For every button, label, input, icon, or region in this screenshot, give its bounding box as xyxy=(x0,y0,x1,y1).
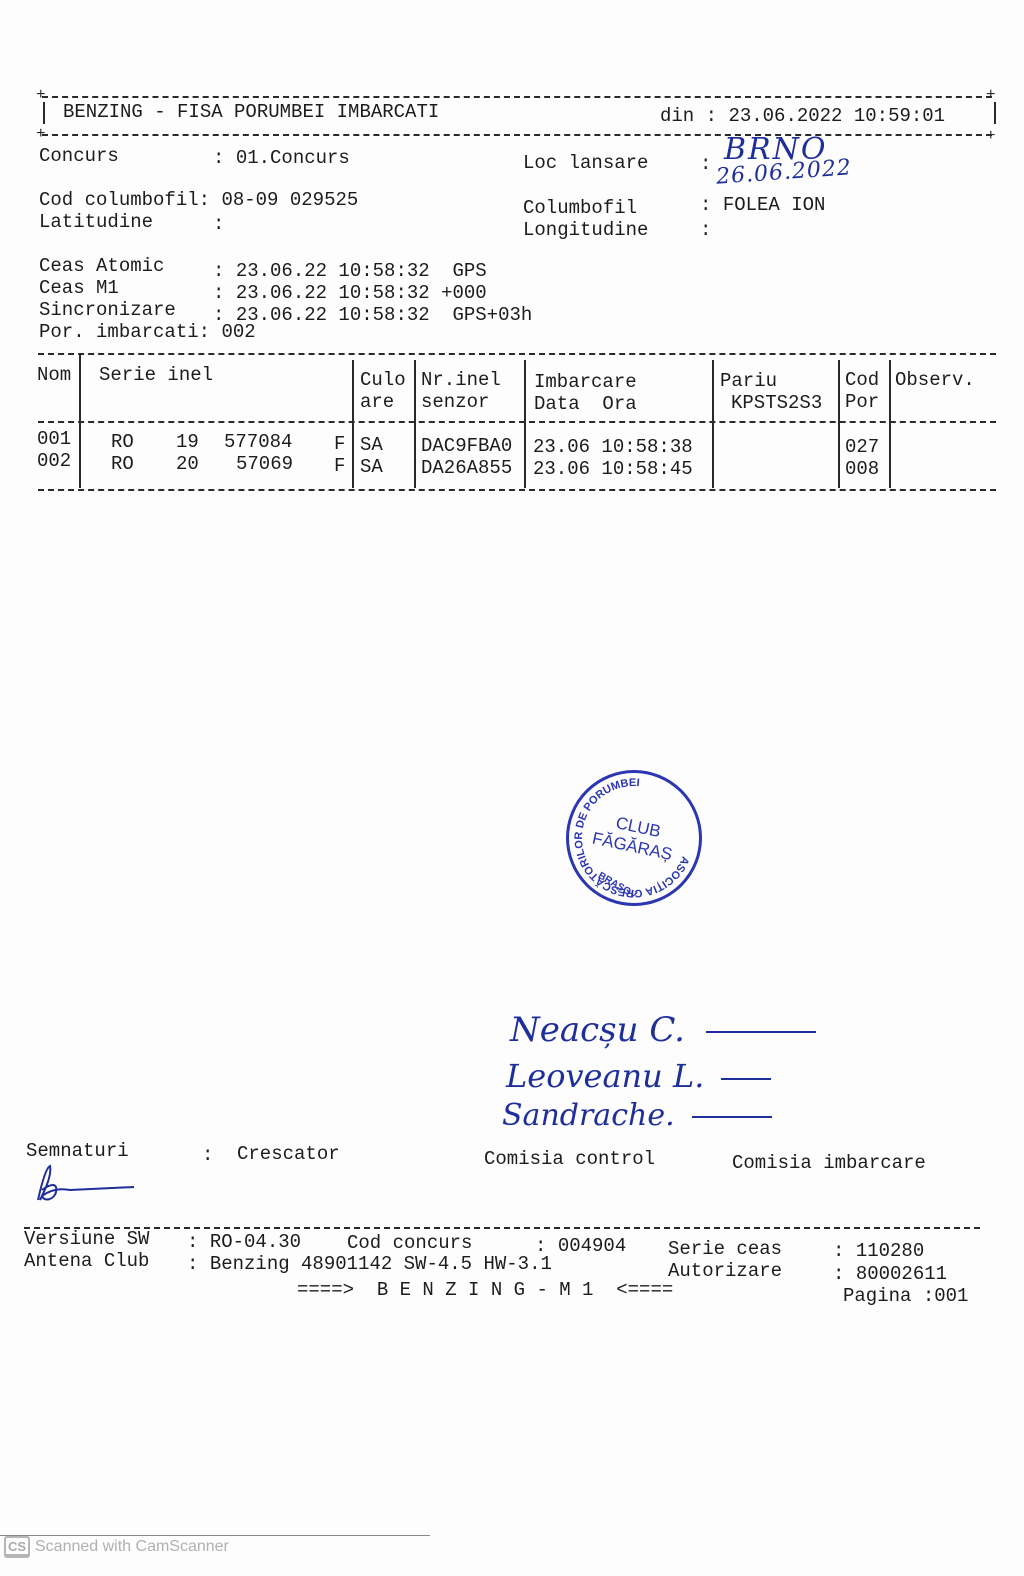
th-cod-1: Cod xyxy=(845,369,879,391)
camscanner-logo-icon: CS xyxy=(4,1536,30,1558)
th-imbarcare-1: Imbarcare xyxy=(534,371,637,393)
cell-country: RO xyxy=(111,431,134,453)
cell-imbarcare: 23.06 10:58:45 xyxy=(533,458,693,480)
cell-cod-por: 008 xyxy=(845,458,879,480)
semnaturi-colon: : xyxy=(202,1144,213,1166)
th-serie-inel: Serie inel xyxy=(99,364,213,386)
autorizare-value: : 80002611 xyxy=(833,1263,947,1285)
semnaturi-label: Semnaturi xyxy=(26,1140,129,1162)
versiune-value: : RO-04.30 xyxy=(187,1231,301,1253)
clock-atomic-label: Ceas Atomic xyxy=(39,255,164,277)
cell-nom: 002 xyxy=(37,450,71,472)
columbofil-label: Columbofil xyxy=(523,197,637,219)
signature-flourish xyxy=(692,1116,772,1118)
latitudine-label: Latitudine xyxy=(39,211,153,233)
cell-sex: F xyxy=(334,433,345,455)
table-header-separator xyxy=(38,421,996,423)
th-nr-inel-1: Nr.inel xyxy=(421,369,501,391)
th-nom: Nom xyxy=(37,364,71,386)
clock-atomic-value: : 23.06.22 10:58:32 GPS xyxy=(213,260,487,282)
antena-label: Antena Club xyxy=(24,1250,149,1272)
serie-ceas-label: Serie ceas xyxy=(668,1238,782,1260)
cell-year: 20 xyxy=(176,453,199,475)
cod-columbofil-label: Cod columbofil: 08-09 029525 xyxy=(39,189,358,211)
svg-text:BRAȘOV: BRAȘOV xyxy=(596,870,639,901)
th-observ: Observ. xyxy=(895,369,975,391)
col-sep xyxy=(414,360,416,488)
cell-imbarcare: 23.06 10:58:38 xyxy=(533,436,693,458)
concurs-value: : 01.Concurs xyxy=(213,147,350,169)
loc-lansare-colon: : xyxy=(700,153,711,175)
th-culoare-1: Culo xyxy=(360,369,406,391)
signature-flourish xyxy=(706,1031,816,1033)
signature-committee-1: Neacșu C. xyxy=(510,1010,816,1050)
header-left-border xyxy=(43,102,45,124)
camscanner-text: Scanned with CamScanner xyxy=(35,1538,229,1556)
latitudine-value: : xyxy=(213,213,236,235)
th-cod-2: Por xyxy=(845,391,879,413)
stamp-ring-text: ASOCIȚIA CRESCĂTORILOR DE PORUMBEI CLUB … xyxy=(566,770,702,906)
cod-concurs-label: Cod concurs xyxy=(347,1232,472,1254)
th-culoare-2: are xyxy=(360,391,394,413)
corner: + xyxy=(36,87,46,103)
camscanner-watermark: CS Scanned with CamScanner xyxy=(4,1536,229,1558)
signature-flourish xyxy=(721,1078,771,1080)
concurs-label: Concurs xyxy=(39,145,119,167)
header-bottom-border xyxy=(42,134,992,136)
th-nr-inel-2: senzor xyxy=(421,391,489,413)
longitudine-label: Longitudine xyxy=(523,219,648,241)
page-number: Pagina :001 xyxy=(843,1285,968,1307)
cell-cod-por: 027 xyxy=(845,436,879,458)
cell-sex: F xyxy=(334,455,345,477)
corner: + xyxy=(986,128,996,144)
cell-year: 19 xyxy=(176,431,199,453)
th-pariu-2: KPSTS2S3 xyxy=(731,392,822,414)
crescator-signature xyxy=(30,1162,140,1206)
col-sep xyxy=(79,355,81,488)
th-pariu-1: Pariu xyxy=(720,370,777,392)
loc-lansare-label: Loc lansare xyxy=(523,152,648,174)
autorizare-label: Autorizare xyxy=(668,1260,782,1282)
col-sep xyxy=(838,360,840,488)
benzing-banner: ====> B E N Z I N G - M 1 <==== xyxy=(297,1279,673,1301)
por-imbarcati: Por. imbarcati: 002 xyxy=(39,321,256,343)
antena-value: : Benzing 48901142 SW-4.5 HW-3.1 xyxy=(187,1253,552,1275)
footer-separator xyxy=(24,1227,980,1229)
signature-committee-2: Leoveanu L. xyxy=(506,1057,771,1095)
cell-ring: 57069 xyxy=(236,453,293,475)
comisia-control-label: Comisia control xyxy=(484,1148,655,1170)
table-bottom-border xyxy=(38,489,996,491)
corner: + xyxy=(986,87,996,103)
crescator-label: Crescator xyxy=(237,1143,340,1165)
versiune-label: Versiune SW xyxy=(24,1228,149,1250)
col-sep xyxy=(524,360,526,488)
clock-m1-label: Ceas M1 xyxy=(39,277,119,299)
cell-country: RO xyxy=(111,453,134,475)
col-sep xyxy=(712,360,714,488)
corner: + xyxy=(36,126,46,142)
cell-ring: 577084 xyxy=(224,431,292,453)
col-sep xyxy=(889,360,891,488)
club-stamp: ASOCIȚIA CRESCĂTORILOR DE PORUMBEI CLUB … xyxy=(566,770,702,906)
longitudine-value: : xyxy=(700,219,723,241)
cell-culoare: SA xyxy=(360,456,383,478)
document-title: BENZING - FISA PORUMBEI IMBARCATI xyxy=(63,101,439,123)
col-sep xyxy=(352,360,354,488)
th-imbarcare-2: Data Ora xyxy=(534,393,637,415)
columbofil-value: : FOLEA ION xyxy=(700,194,825,216)
header-top-border xyxy=(42,96,992,98)
header-right-border xyxy=(994,102,996,124)
signature-committee-3: Sandrache. xyxy=(502,1098,772,1133)
cell-culoare: SA xyxy=(360,434,383,456)
comisia-imbarcare-label: Comisia imbarcare xyxy=(732,1152,926,1174)
clock-m1-value: : 23.06.22 10:58:32 +000 xyxy=(213,282,487,304)
cell-senzor: DA26A855 xyxy=(421,457,512,479)
print-date: din : 23.06.2022 10:59:01 xyxy=(660,105,945,127)
sincronizare-label: Sincronizare xyxy=(39,299,176,321)
table-top-border xyxy=(38,353,996,355)
cell-senzor: DAC9FBA0 xyxy=(421,435,512,457)
sincronizare-value: : 23.06.22 10:58:32 GPS+03h xyxy=(213,304,532,326)
serie-ceas-value: : 110280 xyxy=(833,1240,924,1262)
cell-nom: 001 xyxy=(37,428,71,450)
